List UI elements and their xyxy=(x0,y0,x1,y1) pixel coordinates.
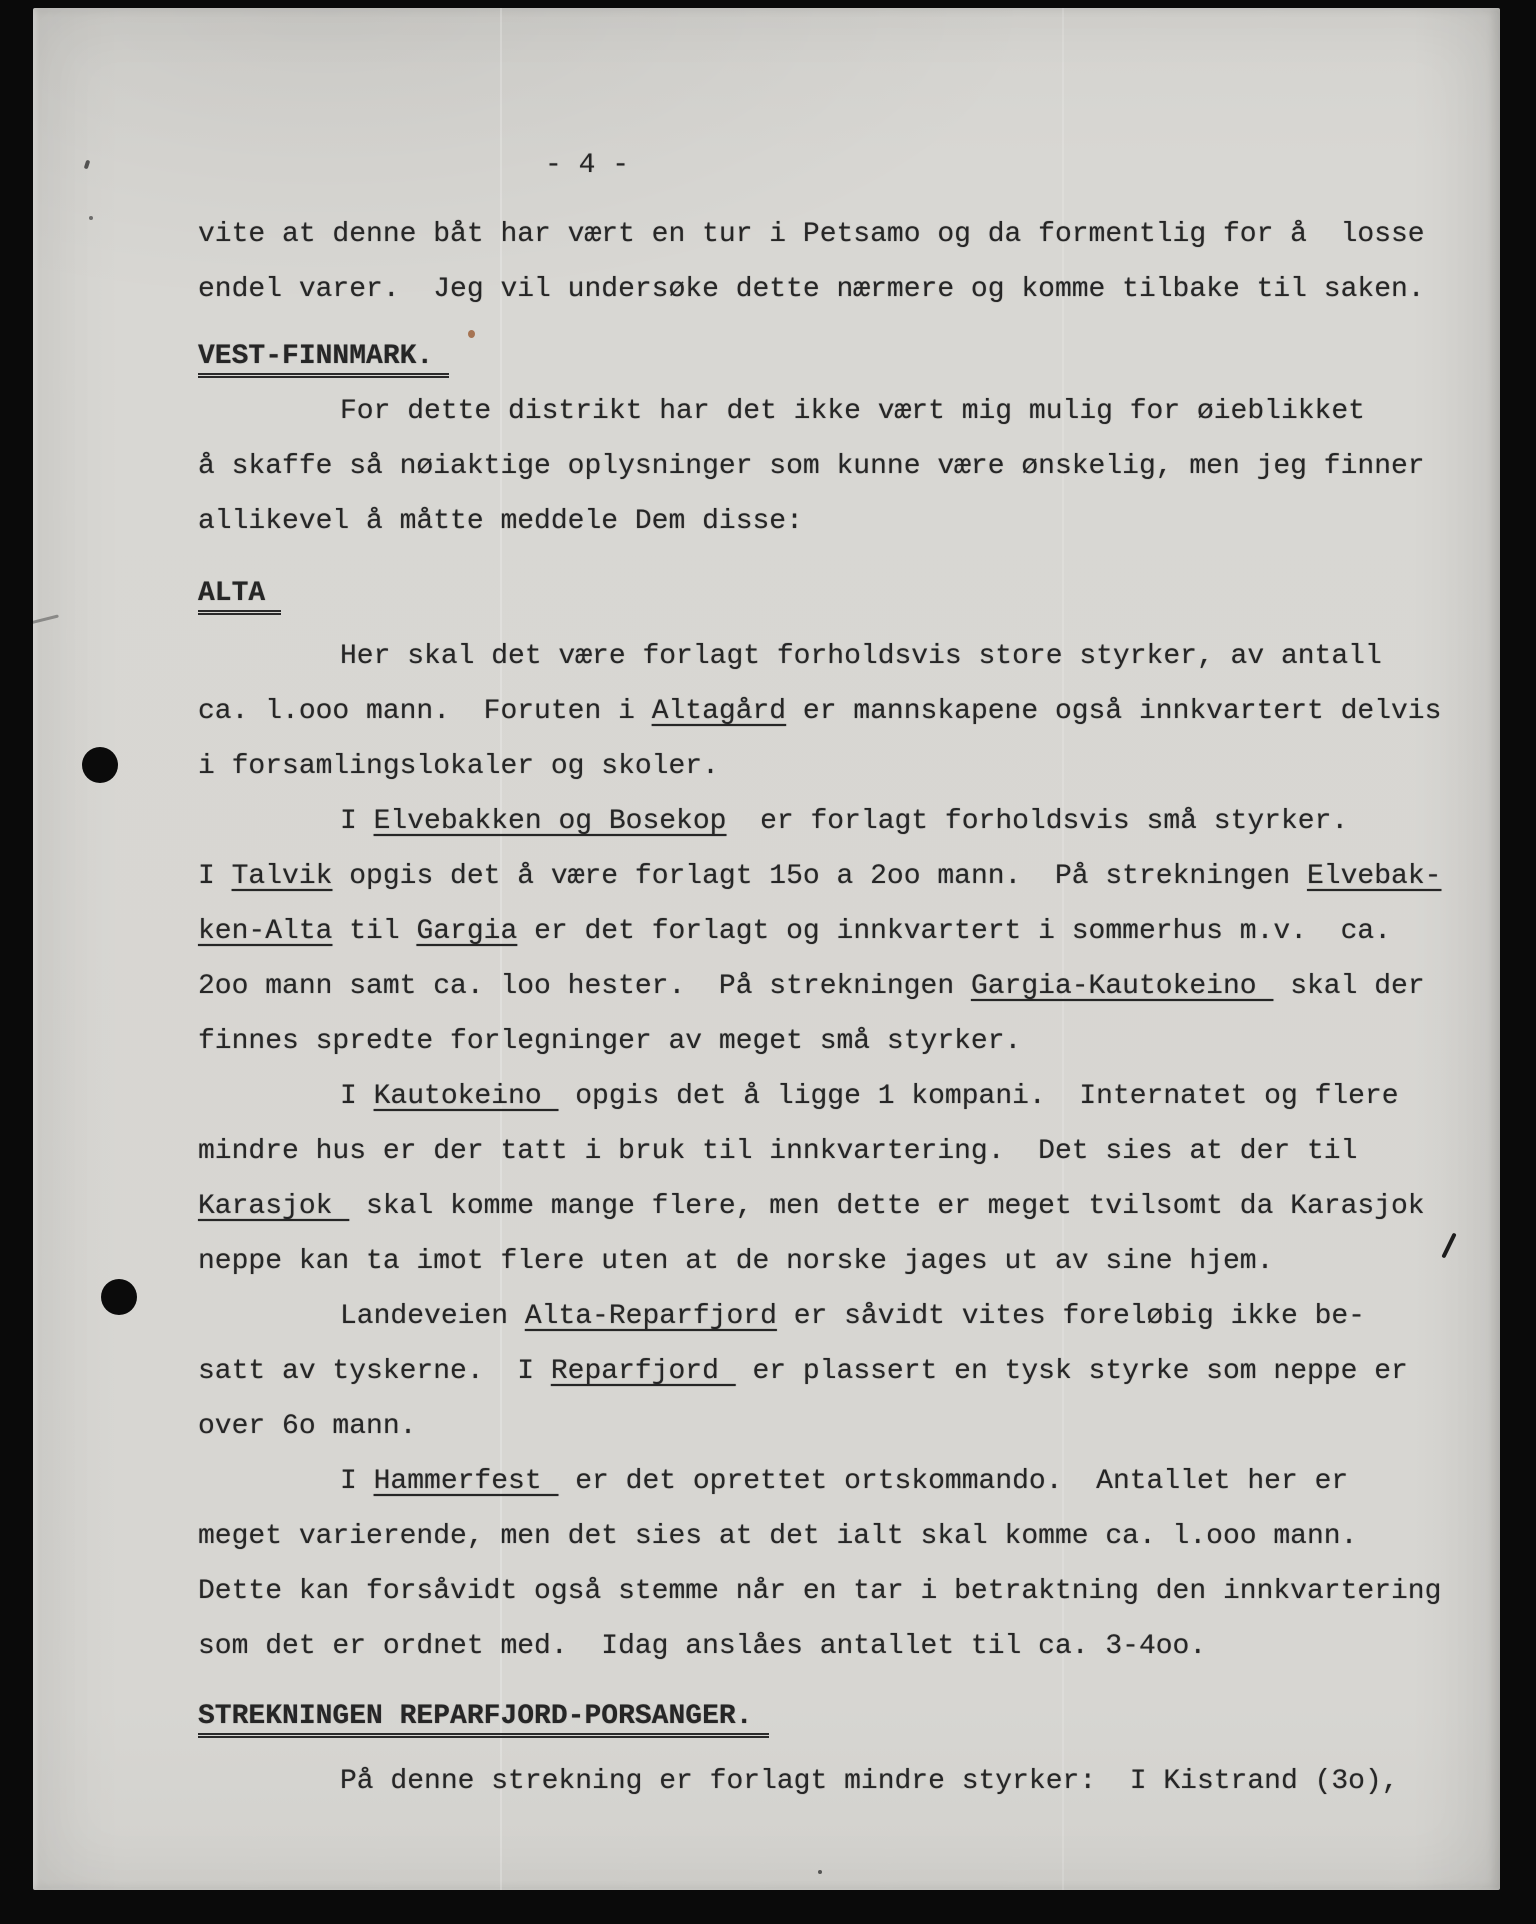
text-line: I Elvebakken og Bosekop er forlagt forho… xyxy=(340,805,1348,839)
text-line: over 6o mann. xyxy=(198,1410,416,1444)
text-segment: I xyxy=(340,806,374,837)
ink-mark xyxy=(1441,1232,1456,1258)
text-line: satt av tyskerne. I Reparfjord er plasse… xyxy=(198,1355,1408,1389)
heading-text: ALTA xyxy=(198,578,281,615)
text-line: å skaffe så nøiaktige oplysninger som ku… xyxy=(198,450,1425,484)
place-name: Hammerfest xyxy=(374,1466,559,1497)
text-segment: skal der xyxy=(1273,971,1424,1002)
text-segment: meget varierende, men det sies at det ia… xyxy=(198,1521,1357,1552)
place-name: Alta-Reparfjord xyxy=(525,1301,777,1332)
text-segment: mindre hus er der tatt i bruk til innkva… xyxy=(198,1136,1357,1167)
place-name: Gargia xyxy=(416,916,517,947)
heading-text: STREKNINGEN REPARFJORD-PORSANGER. xyxy=(198,1701,769,1738)
text-line: I Hammerfest er det oprettet ortskommand… xyxy=(340,1465,1348,1499)
text-segment: For dette distrikt har det ikke vært mig… xyxy=(340,396,1365,427)
text-line: Landeveien Alta-Reparfjord er såvidt vit… xyxy=(340,1300,1365,1334)
text-line: ca. l.ooo mann. Foruten i Altagård er ma… xyxy=(198,695,1441,729)
text-line: Dette kan forsåvidt også stemme når en t… xyxy=(198,1575,1441,1609)
text-segment: Dette kan forsåvidt også stemme når en t… xyxy=(198,1576,1441,1607)
text-segment: til xyxy=(332,916,416,947)
text-line: Her skal det være forlagt forholdsvis st… xyxy=(340,640,1382,674)
scanned-document-page: - 4 - vite at denne båt har vært en tur … xyxy=(0,0,1536,1924)
text-line: vite at denne båt har vært en tur i Pets… xyxy=(198,218,1425,252)
text-segment: som det er ordnet med. Idag anslåes anta… xyxy=(198,1631,1206,1662)
text-segment: er det oprettet ortskommando. Antallet h… xyxy=(558,1466,1348,1497)
text-segment: I xyxy=(198,861,232,892)
place-name: Kautokeino xyxy=(374,1081,559,1112)
text-segment: opgis det å være forlagt 15o a 2oo mann.… xyxy=(332,861,1307,892)
section-heading-vest-finnmark: VEST-FINNMARK. xyxy=(198,340,449,374)
text-segment: vite at denne båt har vært en tur i Pets… xyxy=(198,219,1425,250)
text-segment: over 6o mann. xyxy=(198,1411,416,1442)
text-segment: endel varer. Jeg vil undersøke dette nær… xyxy=(198,274,1425,305)
text-line: neppe kan ta imot flere uten at de norsk… xyxy=(198,1245,1273,1279)
ink-speck xyxy=(89,216,93,220)
text-segment: er det forlagt og innkvartert i sommerhu… xyxy=(517,916,1391,947)
text-segment: satt av tyskerne. I xyxy=(198,1356,551,1387)
hole-punch xyxy=(82,747,118,783)
place-name: Altagård xyxy=(652,696,786,727)
text-segment: er mannskapene også innkvartert delvis xyxy=(786,696,1441,727)
text-line: 2oo mann samt ca. loo hester. På strekni… xyxy=(198,970,1425,1004)
text-segment: allikevel å måtte meddele Dem disse: xyxy=(198,506,803,537)
text-line: På denne strekning er forlagt mindre sty… xyxy=(340,1765,1399,1799)
place-name: Reparfjord xyxy=(551,1356,736,1387)
text-line: mindre hus er der tatt i bruk til innkva… xyxy=(198,1135,1357,1169)
section-heading-strekningen-reparfjord-porsanger: STREKNINGEN REPARFJORD-PORSANGER. xyxy=(198,1700,769,1734)
text-segment: neppe kan ta imot flere uten at de norsk… xyxy=(198,1246,1273,1277)
hole-punch xyxy=(101,1279,137,1315)
text-line: For dette distrikt har det ikke vært mig… xyxy=(340,395,1365,429)
text-segment: ca. l.ooo mann. Foruten i xyxy=(198,696,652,727)
text-line: allikevel å måtte meddele Dem disse: xyxy=(198,505,803,539)
place-name: Talvik xyxy=(232,861,333,892)
text-segment: Landeveien xyxy=(340,1301,525,1332)
pencil-mark xyxy=(33,614,59,624)
text-segment: Her skal det være forlagt forholdsvis st… xyxy=(340,641,1382,672)
text-line: Karasjok skal komme mange flere, men det… xyxy=(198,1190,1425,1224)
text-segment: skal komme mange flere, men dette er meg… xyxy=(349,1191,1424,1222)
place-name: Gargia-Kautokeino xyxy=(971,971,1273,1002)
document-paper: - 4 - vite at denne båt har vært en tur … xyxy=(33,8,1500,1890)
place-name: Elvebak- xyxy=(1307,861,1441,892)
text-segment: 2oo mann samt ca. loo hester. På strekni… xyxy=(198,971,971,1002)
text-line: I Kautokeino opgis det å ligge 1 kompani… xyxy=(340,1080,1399,1114)
text-line: I Talvik opgis det å være forlagt 15o a … xyxy=(198,860,1441,894)
ink-speck xyxy=(818,1870,822,1874)
page-number: - 4 - xyxy=(545,150,629,181)
text-segment: I xyxy=(340,1081,374,1112)
text-segment: i forsamlingslokaler og skoler. xyxy=(198,751,719,782)
text-segment: finnes spredte forlegninger av meget små… xyxy=(198,1026,1021,1057)
text-line: finnes spredte forlegninger av meget små… xyxy=(198,1025,1021,1059)
text-segment: I xyxy=(340,1466,374,1497)
place-name: Karasjok xyxy=(198,1191,349,1222)
place-name: Elvebakken og Bosekop xyxy=(374,806,727,837)
section-heading-alta: ALTA xyxy=(198,577,281,611)
text-line: som det er ordnet med. Idag anslåes anta… xyxy=(198,1630,1206,1664)
text-line: ken-Alta til Gargia er det forlagt og in… xyxy=(198,915,1391,949)
text-segment: På denne strekning er forlagt mindre sty… xyxy=(340,1766,1399,1797)
text-segment: er såvidt vites foreløbig ikke be- xyxy=(777,1301,1365,1332)
text-line: meget varierende, men det sies at det ia… xyxy=(198,1520,1357,1554)
text-line: endel varer. Jeg vil undersøke dette nær… xyxy=(198,273,1425,307)
text-segment: opgis det å ligge 1 kompani. Internatet … xyxy=(558,1081,1398,1112)
text-segment: er forlagt forholdsvis små styrker. xyxy=(726,806,1348,837)
text-line: i forsamlingslokaler og skoler. xyxy=(198,750,719,784)
place-name: ken-Alta xyxy=(198,916,332,947)
heading-text: VEST-FINNMARK. xyxy=(198,341,449,378)
text-segment: å skaffe så nøiaktige oplysninger som ku… xyxy=(198,451,1425,482)
text-segment: er plassert en tysk styrke som neppe er xyxy=(736,1356,1408,1387)
ink-speck xyxy=(84,160,91,170)
rust-speck xyxy=(468,330,475,338)
